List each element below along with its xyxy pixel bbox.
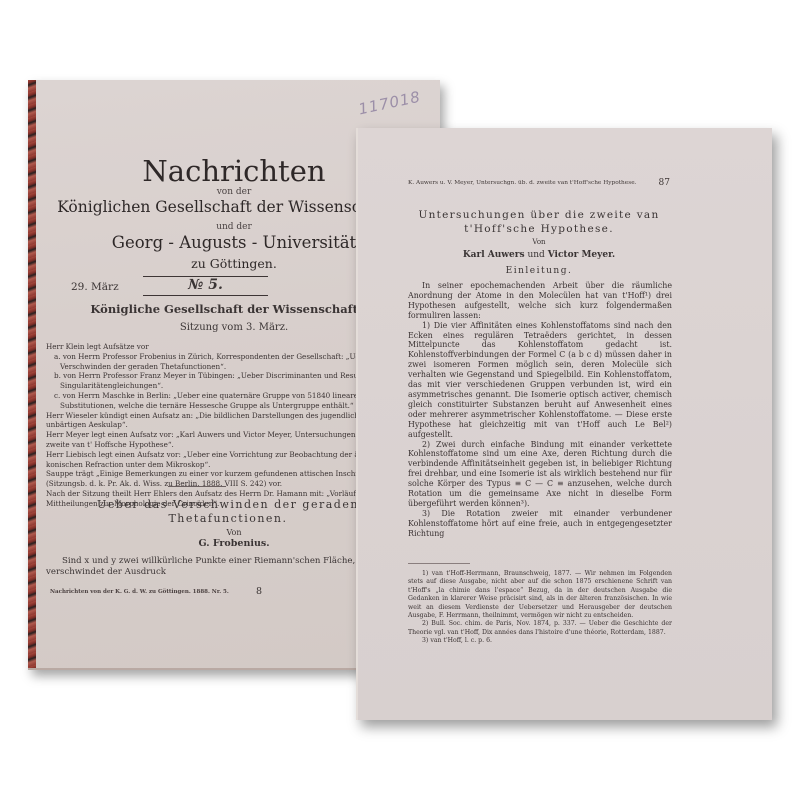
body-paragraph: 1) Die vier Affinitäten eines Kohlenstof… — [408, 321, 672, 440]
minutes-entry: Herr Wieseler kündigt einen Aufsatz an: … — [46, 411, 408, 431]
footer-page-number: 8 — [256, 586, 262, 597]
footnote-divider — [408, 563, 470, 564]
body-paragraph: 2) Zwei durch einfache Bindung mit einan… — [408, 440, 672, 509]
minutes-entry: a. von Herrn Professor Frobenius in Züri… — [46, 352, 408, 372]
author-1: Karl Auwers — [463, 250, 525, 260]
article-body: In seiner epochemachenden Arbeit über di… — [408, 281, 672, 539]
article-title: Ueber das Verschwinden der geraden Theta… — [58, 498, 398, 526]
footnote: 2) Bull. Soc. chim. de Paris, Nov. 1874,… — [408, 620, 672, 637]
author-conjunction: und — [527, 250, 544, 260]
section-heading: Einleitung. — [402, 266, 676, 276]
footer-citation: Nachrichten von der K. G. d. W. zu Götti… — [50, 589, 229, 595]
minutes-entry: c. von Herrn Maschke in Berlin: „Ueber e… — [46, 391, 408, 411]
minutes-entry: Sauppe trägt „Einige Bemerkungen zu eine… — [46, 469, 408, 489]
issue-date: 29. März — [71, 281, 119, 293]
handwritten-catalog-number: 117018 — [357, 88, 423, 119]
minutes-entry: Herr Liebisch legt einen Aufsatz vor: „U… — [46, 450, 408, 470]
divider — [168, 486, 226, 487]
article-text: Sind x und y zwei willkürliche Punkte ei… — [46, 556, 408, 578]
minutes-entry: Herr Meyer legt einen Aufsatz vor: „Karl… — [46, 430, 408, 450]
article-paragraph: Sind x und y zwei willkürliche Punkte ei… — [46, 556, 408, 578]
rule-bottom — [143, 295, 268, 296]
page-number: 87 — [659, 178, 670, 188]
issue-number: № 5. — [143, 277, 268, 293]
footnote: 1) van t'Hoff-Herrmann, Braunschweig, 18… — [408, 570, 672, 620]
footnotes: 1) van t'Hoff-Herrmann, Braunschweig, 18… — [408, 570, 672, 646]
article-title: Untersuchungen über die zweite van t'Hof… — [402, 208, 676, 236]
author-2: Victor Meyer. — [548, 250, 615, 260]
running-head-text: K. Auwers u. V. Meyer, Untersuchgn. üb. … — [408, 180, 636, 186]
footnote: 3) van t'Hoff, l. c. p. 6. — [408, 637, 672, 645]
session-minutes: Herr Klein legt Aufsätze vor a. von Herr… — [46, 342, 408, 509]
body-paragraph: 3) Die Rotation zweier mit einander verb… — [408, 509, 672, 539]
minutes-entry: b. von Herrn Professor Franz Meyer in Tü… — [46, 371, 408, 391]
article-page: K. Auwers u. V. Meyer, Untersuchgn. üb. … — [356, 128, 772, 720]
article-von: Von — [402, 238, 676, 246]
running-head: K. Auwers u. V. Meyer, Untersuchgn. üb. … — [408, 180, 670, 186]
body-paragraph: In seiner epochemachenden Arbeit über di… — [408, 281, 672, 321]
article-authors: Karl Auwers und Victor Meyer. — [402, 250, 676, 260]
minutes-entry: Herr Klein legt Aufsätze vor — [46, 342, 408, 352]
